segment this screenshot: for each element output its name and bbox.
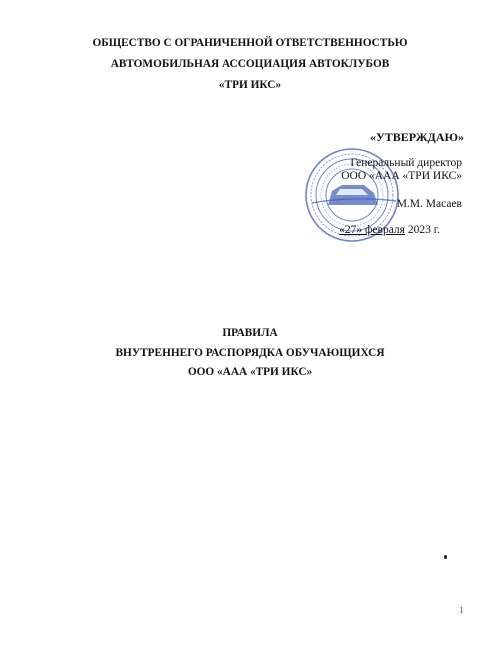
- header-line-2: АВТОМОБИЛЬНАЯ АССОЦИАЦИЯ АВТОКЛУБОВ: [0, 58, 500, 70]
- approval-date-day: «27» февраля: [339, 224, 405, 236]
- header-line-1: ОБЩЕСТВО С ОГРАНИЧЕННОЙ ОТВЕТСТВЕННОСТЬЮ: [0, 37, 500, 49]
- approval-date: «27» февраля 2023 г.: [339, 224, 440, 236]
- approval-title: «УТВЕРЖДАЮ»: [360, 130, 464, 145]
- scan-speck: [444, 555, 447, 559]
- document-title-line-3: ООО «ААА «ТРИ ИКС»: [0, 366, 500, 378]
- approver-position: Генеральный директор: [350, 157, 462, 169]
- header-line-3: «ТРИ ИКС»: [0, 79, 500, 91]
- approver-signatory: М.М. Масаев: [397, 198, 462, 210]
- approval-date-year: 2023 г.: [405, 224, 440, 236]
- approver-organization: ООО «ААА «ТРИ ИКС»: [341, 170, 462, 182]
- document-title-line-1: ПРАВИЛА: [0, 327, 500, 339]
- document-title-line-2: ВНУТРЕННЕГО РАСПОРЯДКА ОБУЧАЮЩИХСЯ: [0, 347, 500, 359]
- page-number: 1: [459, 605, 464, 615]
